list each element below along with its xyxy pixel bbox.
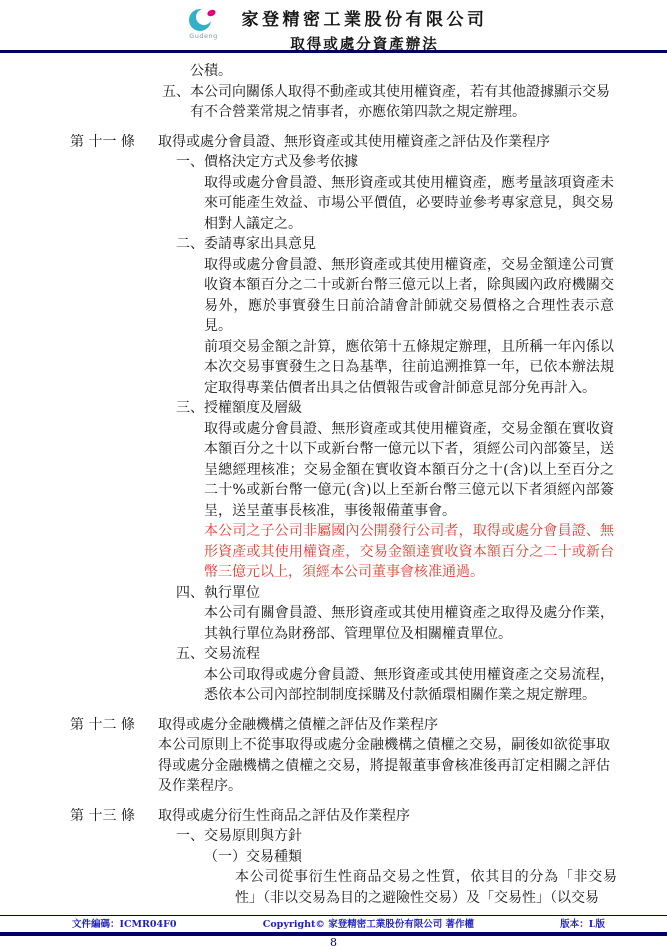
paragraph: 取得或處分會員證、無形資產或其使用權資產，交易金額在實收資本額百分之十以下或新台…: [204, 419, 614, 522]
numbered-item-heading: 五、交易流程: [176, 644, 667, 665]
paragraph: 本公司有關會員證、無形資產或其使用權資產之取得及處分作業，其執行單位為財務部、管…: [204, 603, 614, 644]
paragraph: 前項交易金額之計算，應依第十五條規定辦理，且所稱一年內係以本次交易事實發生之日為…: [204, 337, 614, 399]
article-heading: 第 十一 條取得或處分會員證、無形資產或其使用權資產之評估及作業程序: [70, 132, 667, 153]
numbered-item-heading: 一、交易原則與方針: [176, 826, 667, 847]
item-label: 五、: [176, 646, 204, 662]
item-title: 授權額度及層級: [204, 400, 302, 416]
numbered-item-heading: 二、委請專家出具意見: [176, 234, 667, 255]
article-heading: 第 十三 條取得或處分衍生性商品之評估及作業程序: [70, 806, 667, 827]
item-label: 一、: [176, 828, 204, 844]
list-item: 五、本公司向關係人取得不動產或其使用權資產，若有其他證據顯示交易有不合營業常規之…: [190, 82, 610, 123]
article-number: 第 十二 條: [70, 715, 158, 736]
item-label: 四、: [176, 585, 204, 601]
item-title: 交易流程: [204, 646, 260, 662]
item-label: 二、: [176, 236, 204, 252]
doc-code: 文件編碼：ICMR04F0: [72, 916, 177, 930]
item-title: 委請專家出具意見: [204, 236, 316, 252]
gudeng-logo: Gudeng: [180, 5, 228, 40]
numbered-item-heading: 四、執行單位: [176, 583, 667, 604]
article-title: 取得或處分金融機構之債權之評估及作業程序: [158, 717, 438, 733]
paragraph: 本公司從事衍生性商品交易之性質，依其目的分為「非交易性」（非以交易為目的之避險性…: [235, 867, 617, 908]
item-label: 三、: [176, 400, 204, 416]
article-number: 第 十一 條: [70, 132, 158, 153]
article-title: 取得或處分衍生性商品之評估及作業程序: [158, 808, 410, 824]
copyright-text: Copyright© 家登精密工業股份有限公司 著作權: [263, 916, 474, 930]
paragraph: 取得或處分會員證、無形資產或其使用權資產，應考量該項資產未來可能產生效益、市場公…: [204, 173, 614, 235]
article-number: 第 十三 條: [70, 806, 158, 827]
version-label: 版本：L版: [560, 916, 605, 930]
footer-row: 文件編碼：ICMR04F0 Copyright© 家登精密工業股份有限公司 著作…: [0, 916, 667, 930]
article-title: 取得或處分會員證、無形資產或其使用權資產之評估及作業程序: [158, 134, 550, 150]
paragraph: 取得或處分會員證、無形資產或其使用權資產，交易金額達公司實收資本額百分之二十或新…: [204, 255, 614, 337]
paragraph: 本公司取得或處分會員證、無形資產或其使用權資產之交易流程，悉依本公司內部控制制度…: [204, 665, 614, 706]
paragraph: 本公司之子公司非屬國內公開發行公司者，取得或處分會員證、無形資產或其使用權資產，…: [204, 521, 614, 583]
sub-item-title: 交易種類: [246, 849, 302, 865]
list-item-text: 本公司向關係人取得不動產或其使用權資產，若有其他證據顯示交易有不合營業常規之情事…: [190, 84, 610, 121]
header-titles: 家登精密工業股份有限公司 取得或處分資產辦法: [242, 5, 488, 54]
item-title: 執行單位: [204, 585, 260, 601]
article-heading: 第 十二 條取得或處分金融機構之債權之評估及作業程序: [70, 715, 667, 736]
numbered-item-heading: 一、價格決定方式及參考依據: [176, 152, 667, 173]
item-title: 交易原則與方針: [204, 828, 302, 844]
header-divider: [0, 50, 667, 53]
document-page: Gudeng 家登精密工業股份有限公司 取得或處分資產辦法 公積。五、本公司向關…: [0, 0, 667, 949]
item-label: 一、: [176, 154, 204, 170]
item-title: 價格決定方式及參考依據: [204, 154, 358, 170]
document-body: 公積。五、本公司向關係人取得不動產或其使用權資產，若有其他證據顯示交易有不合營業…: [0, 59, 667, 913]
paragraph: 公積。: [190, 61, 610, 82]
list-item-label: 五、: [162, 84, 190, 100]
header-group: Gudeng 家登精密工業股份有限公司 取得或處分資產辦法: [0, 0, 667, 54]
gudeng-swoosh-icon: [184, 5, 224, 33]
page-number: 8: [0, 936, 667, 949]
logo-wordmark: Gudeng: [189, 32, 218, 40]
sub-item-heading: （一）交易種類: [204, 847, 667, 868]
company-title: 家登精密工業股份有限公司: [242, 5, 488, 30]
page-header: Gudeng 家登精密工業股份有限公司 取得或處分資產辦法: [0, 0, 667, 54]
sub-item-label: （一）: [204, 849, 246, 865]
paragraph: 本公司原則上不從事取得或處分金融機構之債權之交易，嗣後如欲從事取得或處分金融機構…: [158, 735, 610, 797]
numbered-item-heading: 三、授權額度及層級: [176, 398, 667, 419]
